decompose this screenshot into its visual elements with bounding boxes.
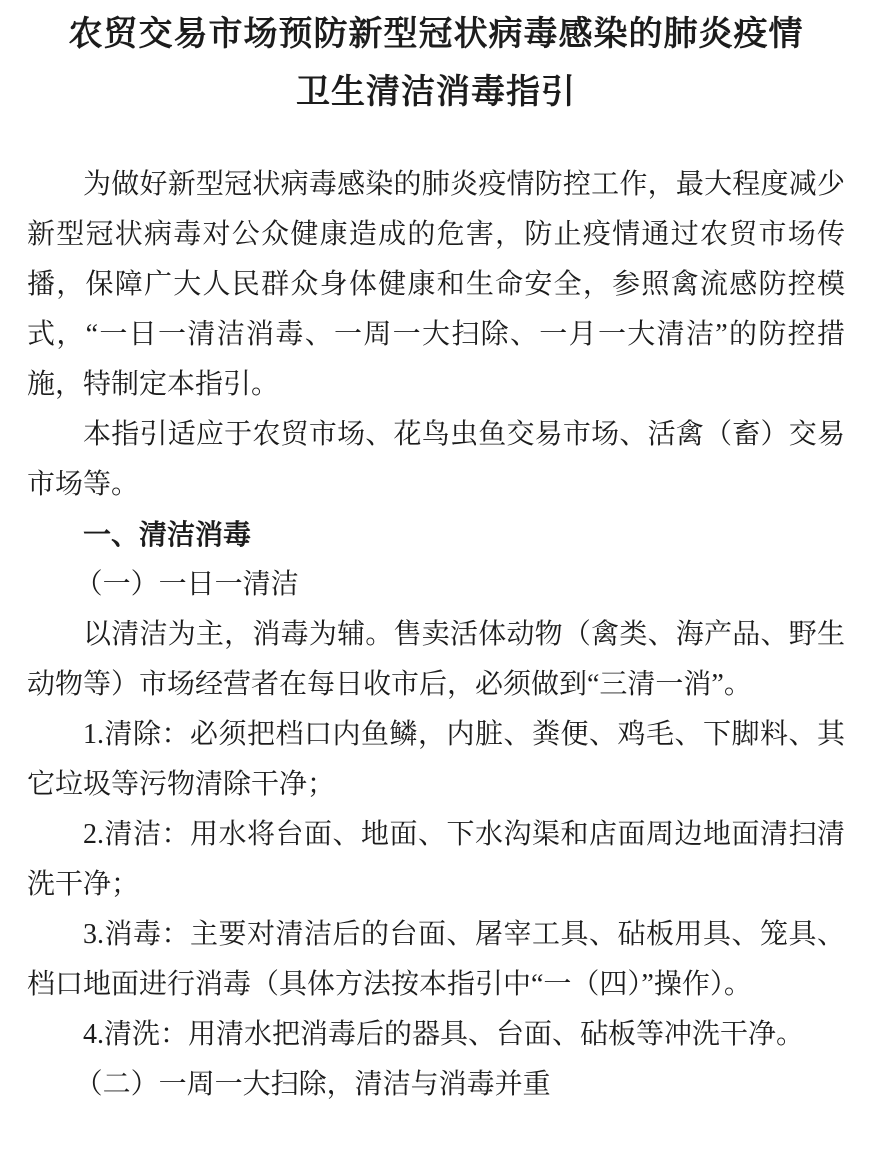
paragraph-step-3-disinfect: 3.消毒：主要对清洁后的台面、屠宰工具、砧板用具、笼具、档口地面进行消毒（具体方… xyxy=(27,910,845,1010)
title-line-2: 卫生清洁消毒指引 xyxy=(27,64,845,122)
paragraph-step-1-clear: 1.清除：必须把档口内鱼鳞，内脏、粪便、鸡毛、下脚料、其它垃圾等污物清除干净； xyxy=(27,710,845,810)
document-title: 农贸交易市场预防新型冠状病毒感染的肺炎疫情 卫生清洁消毒指引 xyxy=(27,6,845,122)
paragraph-step-2-clean: 2.清洁：用水将台面、地面、下水沟渠和店面周边地面清扫清洗干净； xyxy=(27,810,845,910)
paragraph-daily-principle: 以清洁为主，消毒为辅。售卖活体动物（禽类、海产品、野生动物等）市场经营者在每日收… xyxy=(27,610,845,710)
document-page: 农贸交易市场预防新型冠状病毒感染的肺炎疫情 卫生清洁消毒指引 为做好新型冠状病毒… xyxy=(0,0,870,1158)
heading-sub-1-2-weekly-sweep: （二）一周一大扫除，清洁与消毒并重 xyxy=(27,1060,845,1110)
paragraph-purpose: 为做好新型冠状病毒感染的肺炎疫情防控工作，最大程度减少新型冠状病毒对公众健康造成… xyxy=(27,160,845,410)
heading-section-1-cleaning-disinfection: 一、清洁消毒 xyxy=(27,510,845,560)
title-line-1: 农贸交易市场预防新型冠状病毒感染的肺炎疫情 xyxy=(27,6,845,64)
paragraph-scope: 本指引适应于农贸市场、花鸟虫鱼交易市场、活禽（畜）交易市场等。 xyxy=(27,410,845,510)
heading-sub-1-1-daily-cleaning: （一）一日一清洁 xyxy=(27,560,845,610)
paragraph-step-4-rinse: 4.清洗：用清水把消毒后的器具、台面、砧板等冲洗干净。 xyxy=(27,1010,845,1060)
